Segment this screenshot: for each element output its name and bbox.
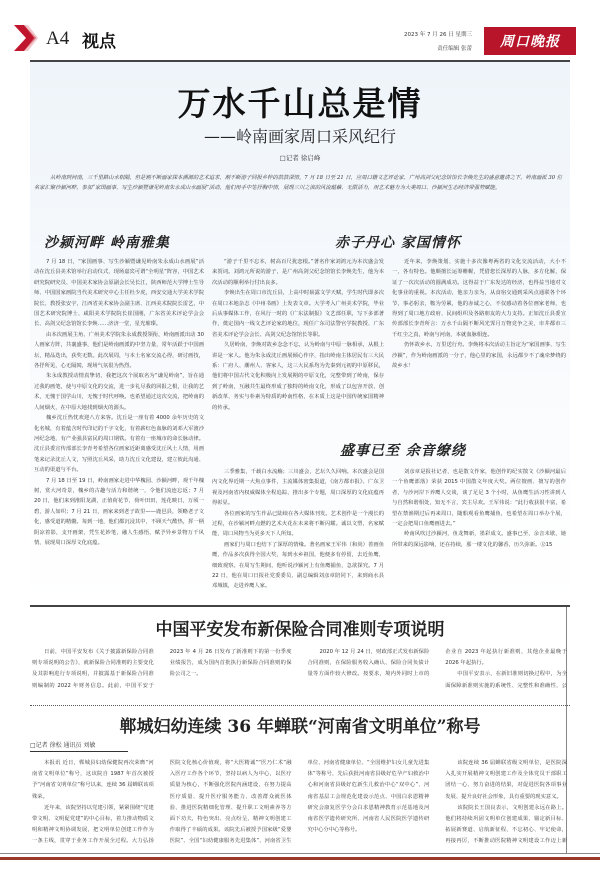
paragraph: 岭南风吹过沙颍河，鱼龙舞新，墨彩成文。盛事已至，余音未歇，她所带来的深远影响，还… <box>392 529 566 550</box>
section-heading-2: 赤子丹心 家国情怀 <box>335 232 461 252</box>
section-3-column-a: 三季雅集，千载白水流觞；三川盛会，艺坛久久回响。本次盛会是国内文化界近期一大焦点… <box>212 467 384 597</box>
dotted-divider <box>30 705 570 706</box>
section-2-column-b: 近年来，李焕策划、实施十多次豫粤两省的文化交流活动，大小不一，各有特色。他颇擅长… <box>392 257 566 427</box>
paragraph: 该院连续 36 届蝉联省级文明单位，是医院深入扎实开展精神文明创建工作及全体党员… <box>445 758 567 803</box>
paragraph: “游子千里不忘本，树高百尺犹恋根。”著名作家刘鸿元为本次盛会发来贺词。刘鸿元所说… <box>212 257 384 288</box>
paragraph: 7 月 18 日，“家国画事、写生沙颍暨谦见岭南朱永成山水画展”活动在沈丘县美术… <box>34 257 204 330</box>
page-number: A4 <box>46 28 69 50</box>
page-header: A4 视点 2023 年 7 月 26 日 星期三 责任编辑 张蕾 周口晚报 <box>0 0 600 58</box>
section-2-column-a: “游子千里不忘本，树高百尺犹恋根。”著名作家刘鸿元为本次盛会发来贺词。刘鸿元所说… <box>212 257 384 427</box>
section-1-column: 7 月 18 日，“家国画事、写生沙颍暨谦见岭南朱永成山水画展”活动在沈丘县美术… <box>34 257 204 548</box>
paragraph: 近年来，李焕策划、实施十多次豫粤两省的文化交流活动，大小不一，各有特色。他颇擅长… <box>392 257 566 340</box>
paragraph: 刘彦章是报社记者，也是散文作家，他创作的纪实散文《沙颍河最后一个鱼鹰部落》荣获 … <box>392 467 566 529</box>
editor-credit: 责任编辑 张蕾 <box>437 44 472 52</box>
paragraph: 仍怀故乡水，万里送行舟。李焕将本次活动主旨定为“家国画事、写生沙颍”，作为岭南画… <box>392 340 566 371</box>
paragraph: 久居岭南，李焕对故乡念念不忘，认为岭南与中原一脉相承，从根上讲是一家人。他为朱永… <box>212 340 384 413</box>
paragraph: 三季雅集，千载白水流觞；三川盛会，艺坛久久回响。本次盛会是国内文化界近期一大焦点… <box>212 467 384 509</box>
paragraph: 画家们与周口也结下了深厚的情缘。著名画家王军伟（和尚）善画鱼鹰，作品多次获得全国… <box>212 540 384 592</box>
news-2-byline: □记者 徐松 通讯员 刘敏 <box>30 740 128 752</box>
bottom-rule <box>0 853 600 854</box>
news-2-headline: 郸城妇幼连续 36 年蝉联“河南省文明单位”称号 <box>30 712 570 737</box>
feature-story: 万水千山总是情 ——岭南画家周口采风纪行 □记者 徐启峰 从岭南到河南，三千里路… <box>30 60 570 605</box>
feature-lede: 从岭南到河南，三千里路山水相隔，但是割不断画家探本溯源的艺术追求，割不断游子回报… <box>34 174 566 193</box>
paragraph: 日前，中国平安发布《关于披露新保险合同准则专项说明的公告》，就新保险合同准则的主… <box>32 647 292 699</box>
paragraph: 李焕出生在周口市沈丘县，上高中时崭露文学天赋，学生时代即多次在周口本地杂志《中州… <box>212 288 384 340</box>
news-2-body: 本报讯 近日，郸城县妇幼保健院再次荣膺“河南省文明单位”称号，这该院自 1987… <box>32 758 567 850</box>
paragraph: 朱永成教授动情真挚切，我把这次个展取名为“谦见岭南”，旨在通过我的画笔，使与中原… <box>34 371 204 413</box>
newspaper-masthead: 周口晚报 <box>484 27 576 55</box>
bottom-rule-accent <box>0 857 600 860</box>
news-1-title: 中国平安发布新保险合同准则专项说明 <box>30 615 570 640</box>
feature-byline: □记者 徐启峰 <box>30 153 570 162</box>
section-heading-3: 盛事已至 余音缭绕 <box>340 440 466 460</box>
section-3-column-b: 刘彦章是报社记者，也是散文作家，他创作的纪实散文《沙颍河最后一个鱼鹰部落》荣获 … <box>392 467 566 597</box>
news-1-body: 日前，中国平安发布《关于披露新保险合同准则专项说明的公告》，就新保险合同准则的主… <box>32 647 567 699</box>
paragraph: 本报讯 近日，郸城县妇幼保健院再次荣膺“河南省文明单位”称号，这该院自 1987… <box>32 758 154 803</box>
news-1-headline: 中国平安发布新保险合同准则专项说明 <box>30 615 570 640</box>
paragraph: 槐乡沈丘热忱欢迎八方来客。沈丘是一座有着 4000 余年历史的文化名城，有着蕴含… <box>34 413 204 475</box>
divider <box>30 605 570 607</box>
section-heading-1: 沙颍河畔 岭南雅集 <box>44 232 170 252</box>
feature-subtitle: ——岭南画家周口采风纪行 <box>30 124 570 147</box>
section-name: 视点 <box>82 27 116 52</box>
issue-date: 2023 年 7 月 26 日 星期三 <box>404 30 472 38</box>
paragraph: 由本次画展主角、广州美术学院朱永成教授领衔，岭南画派出动 30 人画家方阵，共襄… <box>34 330 204 372</box>
section-chevron-icon <box>14 25 38 51</box>
paragraph: 各位画家的写生作品已陆续在各大媒体刊发。艺术创作是一个漫长的过程，在沙颍河畔点燃… <box>212 509 384 540</box>
news-2-title: 郸城妇幼连续 36 年蝉联“河南省文明单位”称号 <box>30 712 570 737</box>
paragraph: 7 月 18 日至 19 日，岭南画家走进中华槐园、沙颍河畔，观千年槐树，赏大河… <box>34 476 204 549</box>
feature-title: 万水千山总是情 <box>30 78 570 125</box>
